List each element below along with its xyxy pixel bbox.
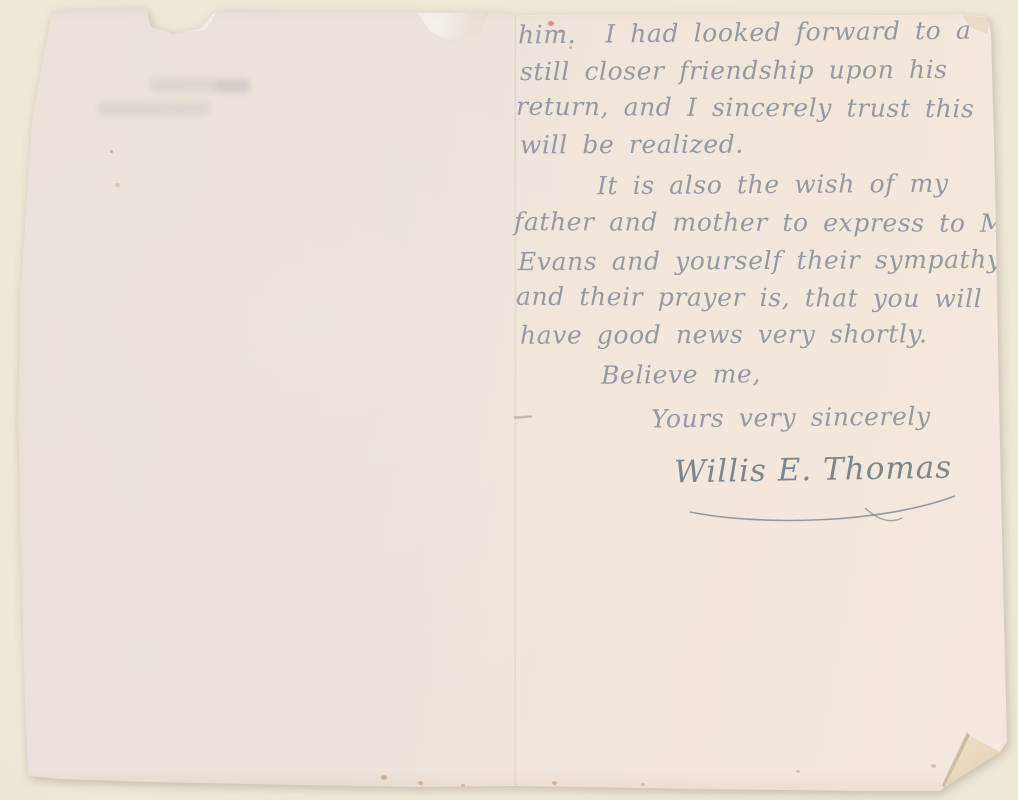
handwritten-line: still closer friendship upon his bbox=[520, 55, 948, 86]
foxing-spot bbox=[461, 784, 465, 787]
corner-chip bbox=[960, 14, 990, 36]
red-stain bbox=[558, 30, 562, 33]
signature-flourish bbox=[650, 468, 980, 528]
fold-crease bbox=[513, 13, 517, 788]
letter-paper: him. I had looked forward to a still clo… bbox=[0, 0, 1018, 800]
crumpled-edge bbox=[418, 12, 490, 44]
foxing-spot bbox=[796, 770, 800, 773]
handwritten-line: Evans and yourself their sympathy, bbox=[518, 245, 1007, 277]
paper-shadow: him. I had looked forward to a still clo… bbox=[0, 0, 1018, 800]
paper-speck bbox=[110, 150, 113, 153]
paper-speck bbox=[115, 183, 120, 187]
ink-show-through bbox=[98, 102, 210, 116]
signature: Willis E. Thomas bbox=[674, 450, 953, 491]
pencil-mark bbox=[514, 415, 532, 418]
closing-line: Yours very sincerely bbox=[651, 402, 931, 434]
handwritten-line: him. I had looked forward to a bbox=[518, 16, 972, 50]
handwritten-line: return, and I sincerely trust this bbox=[516, 92, 975, 123]
handwritten-line: It is also the wish of my bbox=[597, 169, 949, 200]
handwritten-line: will be realized. bbox=[520, 130, 744, 160]
letter-scan: him. I had looked forward to a still clo… bbox=[0, 0, 1018, 800]
handwritten-line: and their prayer is, that you will bbox=[516, 282, 982, 313]
foxing-spot bbox=[552, 781, 557, 785]
red-stain bbox=[548, 21, 554, 26]
dog-ear-fold bbox=[938, 728, 1008, 794]
handwritten-line: have good news very shortly. bbox=[520, 319, 928, 349]
handwritten-line: father and mother to express to Mrs. bbox=[514, 207, 1018, 238]
tear-stain bbox=[176, 23, 190, 28]
ink-show-through bbox=[215, 80, 249, 92]
foxing-spot bbox=[641, 783, 645, 786]
foxing-spot bbox=[381, 775, 387, 780]
foxing-spot bbox=[418, 781, 423, 785]
ink-show-through bbox=[150, 78, 250, 92]
red-stain bbox=[569, 46, 572, 49]
torn-edge-notch bbox=[146, 9, 218, 35]
dog-ear-flap bbox=[938, 728, 1008, 794]
foxing-spot bbox=[931, 764, 936, 768]
dog-ear-crease bbox=[942, 732, 1004, 790]
closing-line: Believe me, bbox=[601, 359, 761, 389]
